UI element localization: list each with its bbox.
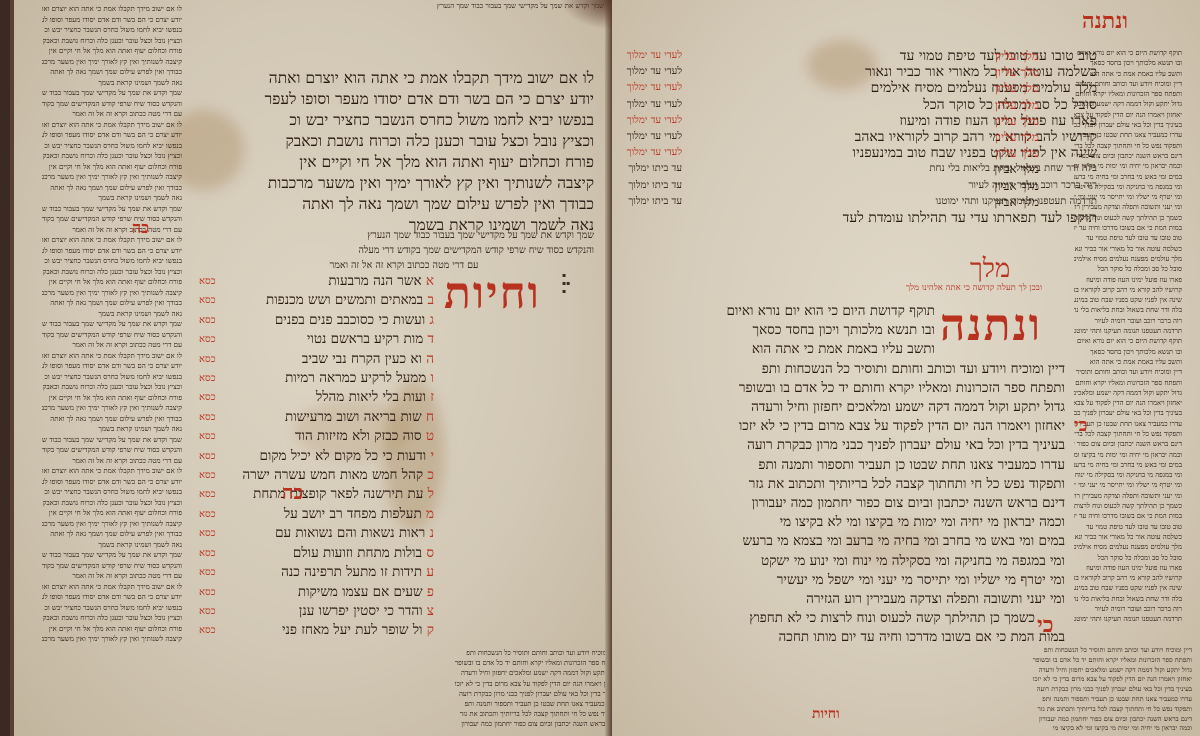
commentary-line: והנקדש כסוד שיח שרפי קודש המקדישים שמך ב…: [42, 561, 182, 572]
footer-line: דינם בראש השנה יכתבון וביום צום כפור יחת…: [622, 715, 1192, 725]
commentary-line: ותפקוד נפש כל חי ותחתוך קצבה לכל בריותיך…: [1074, 141, 1182, 151]
body-line: בעיניך בדין וכל באי עולם יעברון לפניך כב…: [620, 436, 1065, 455]
footer-commentary: דיין ומוכיח ויודע ועד וכותב וחותם ותוסיר…: [59, 648, 614, 730]
refrain-word: כסא: [199, 447, 239, 466]
body-line: גדול יתקע וקול דממה דקה ישמע ומלאכים יחפ…: [620, 398, 1065, 417]
footer-heading: וחיות: [812, 706, 840, 723]
litany-line: במאתים ותמשים ושש מכנפות: [266, 292, 423, 308]
body-line: ותפתח ספר הזכרונות ומאליו יקרא וחותם יד …: [620, 379, 1065, 398]
commentary-line: נאה לשמך ושמינו קראת בשמך: [42, 193, 182, 204]
melekh-line: מלך עליון: [969, 80, 1039, 96]
melekh-line: מלך עליון: [969, 48, 1039, 64]
section-marker: כי: [1074, 415, 1088, 436]
commentary-line: והנקדש כסוד שיח שרפי קודש המקדישים שמך ב…: [42, 99, 182, 110]
body-line: ומי במגפה מי בחניקה ומי בסקילה מי ינוח ו…: [620, 552, 1065, 571]
hymn-line: סובל כל סב ומכלה כל סוקר הכל: [742, 97, 1097, 113]
hymn-line: פארו עוז פועל ימינו העוז פודה ומיעוז: [742, 113, 1097, 129]
commentary-line: בעיניך בדין וכל באי עולם יעברון לפניך כב…: [1074, 120, 1182, 130]
commentary-line: והנקדש כסוד שיח שרפי קודש המקדישים שמך ב…: [42, 445, 182, 456]
commentary-line: וכציץ נובל וכצל עובר וכענן כלה וכרוח נוש…: [42, 498, 182, 509]
footer-line: ותפקוד נפש כל חי ותחתוך קצבה לכל בריותיך…: [622, 705, 1192, 715]
commentary-line: וכציץ נובל וכצל עובר וכענן כלה וכרוח נוש…: [42, 151, 182, 162]
commentary-line: לו אם ישוב מידך תקבלו אמת כי אתה הוא יוצ…: [42, 466, 182, 477]
text-line: בנפשו יביא לחמו משול כחרס הנשבר כחציר יב…: [184, 110, 594, 131]
body-line: יאחזון ויאמרו הנה יום הדין לפקוד על צבא …: [620, 417, 1065, 436]
text-line: והנקדש כסוד שיח שרפי קודש המקדישים שמך ב…: [214, 243, 594, 258]
commentary-line: קיצבה לשנותיך ואין קץ לאורך ימיך ואין מש…: [42, 172, 182, 183]
commentary-line: וכציץ נובל וכצל עובר וכענן כלה וכרוח נוש…: [42, 267, 182, 278]
refrain-word: כסא: [199, 544, 239, 563]
footer-line: בעיניך בדין וכל באי עולם יעברון לפניך כב…: [59, 689, 614, 699]
commentary-line: והנקדש כסוד שיח שרפי קודש המקדישים שמך ב…: [42, 330, 182, 341]
commentary-line: בלה ודר שחת בשאול ובחת בליאות בלי נחת: [1074, 305, 1182, 315]
commentary-line: בנפשו יביא לחמו משול כחרס הנשבר כחציר יב…: [42, 372, 182, 383]
footer-line: גדול יתקע וקול דממה דקה ישמע ומלאכים יחפ…: [622, 666, 1192, 676]
commentary-line: ותשב עליו באמת אמת כי אתה הוא: [1074, 357, 1182, 367]
litany-line: ועשות כי כסוכבב פנים בפנים: [275, 312, 425, 328]
footer-line: דינם בראש השנה יכתבון וביום צום כפור יחת…: [59, 719, 614, 729]
commentary-line: פורח וכחלום יעוף ואתה הוא מלך אל חי וקיי…: [42, 508, 182, 519]
refrain-line: לעדי עד ימלוך: [617, 64, 682, 80]
acrostic-letter: ב: [427, 292, 434, 308]
melekh-column: מלך עליון מלך עליון מלך עליון מלך עליון …: [969, 48, 1039, 210]
hymn-line: רוה ברכר רוכב ועובר רומיה לעיור: [742, 178, 1097, 194]
commentary-line: ומי במגפה מי בחניקה ומי בסקילה מי ינוח ו…: [1074, 182, 1182, 192]
commentary-line: כבודך ואין לפרש עילום שמך ושמך נאה לך וא…: [42, 529, 182, 540]
commentary-line: בנפשו יביא לחמו משול כחרס הנשבר כחציר יב…: [42, 25, 182, 36]
commentary-line: תוקף קדושת היום כי הוא יום נורא ואיום: [1074, 48, 1182, 58]
refrain-word: כסא: [199, 272, 239, 291]
footer-line: יאחזון ויאמרו הנה יום הדין לפקוד על צבא …: [59, 679, 614, 689]
commentary-line: שמך וקדש את שמך על מקדישי שמך בעבור כבוד…: [42, 204, 182, 215]
litany-line: סוה כבזק ולא מזיזות הוד: [295, 428, 422, 444]
commentary-line: בנפשו יביא לחמו משול כחרס הנשבר כחציר יב…: [42, 141, 182, 152]
right-page: ונתנה לעדי עד ימלוך לעדי עד ימלוך לעדי ע…: [612, 0, 1200, 736]
litany-line: אשר הנה מרבעות: [328, 273, 421, 289]
refrain-line: עד ביתו ימלוך: [617, 161, 682, 177]
refrain-line: לעדי עד ימלוך: [617, 145, 682, 161]
small-heading: ונתנה: [1082, 8, 1128, 34]
left-page: לו אם ישוב מידך תקבלו אמת כי אתה הוא יוצ…: [10, 0, 614, 736]
litany-line: ראות נשאות והם נשואות עם: [275, 525, 425, 541]
litany-line: בולות מתחת וזועות עולם: [293, 545, 422, 561]
footer-line: וכמה יבראון מי יחיה ומי ימות מי בקיצו ומ…: [622, 724, 1192, 734]
commentary-line: יודע יצרם כי הם בשר ודם אדם יסודו מעפר ו…: [42, 15, 182, 26]
refrain-word: כסא: [199, 466, 239, 485]
commentary-line: פארו עוז פועל ימינו העוז פודה ומיעוז: [1074, 563, 1182, 573]
commentary-line: עם דרי מטה ככתוב וקרא זה אל זה ואמר: [42, 340, 182, 351]
commentary-line: יודע יצרם כי הם בשר ודם אדם יסודו מעפר ו…: [42, 246, 182, 257]
commentary-line: כשלמה עוטה אור כל מאורי אור כביר ונאור: [1074, 532, 1182, 542]
footer-line: ותפתח ספר הזכרונות ומאליו יקרא וחותם יד …: [622, 656, 1192, 666]
commentary-line: בנפשו יביא לחמו משול כחרס הנשבר כחציר יב…: [42, 603, 182, 614]
commentary-line: ומי יעני ותשובה ותפלה וצדקה מעבירין רוע …: [1074, 491, 1182, 501]
commentary-line: בעיניך בדין וכל באי עולם יעברון לפניך כב…: [1074, 408, 1182, 418]
commentary-line: קרושיו להב קורא מי רהב קרוב לקוראיו באהב: [1074, 285, 1182, 295]
text-line: וכציץ נובל וכצל עובר וכענן כלה וכרוח נוש…: [184, 131, 594, 152]
commentary-line: כבודך ואין לפרש עילום שמך ושמך נאה לך וא…: [42, 67, 182, 78]
commentary-line: מלך עולמים מפענח נעלמים מסיח אילמים: [1074, 542, 1182, 552]
rubric-line: ובכן לך תעלה קדושה כי אתה אלהינו מלך: [782, 282, 1042, 293]
commentary-line: כשלמה עוטה אור כל מאורי אור כביר ונאור: [1074, 244, 1182, 254]
commentary-line: ומי במגפה מי בחניקה ומי בסקילה מי ינוח ו…: [1074, 470, 1182, 480]
commentary-line: דיין ומוכיח ויודע ועד וכותב וחותם ותוסיר…: [1074, 79, 1182, 89]
commentary-line: קיצבה לשנותיך ואין קץ לאורך ימיך ואין מש…: [42, 519, 182, 530]
acrostic-letter: מ: [426, 506, 434, 522]
body-line: דיין ומוכיח ויודע ועד וכותב וחותם ותוסיר…: [620, 360, 1065, 379]
litany-line: ודעות כי כל מקום לא יכיל מקום: [259, 448, 426, 464]
footer-line: עדרו כמעביר צאנו תחת שבטו כן תעביר ותספו…: [59, 699, 614, 709]
commentary-line: ובו תנשא מלכותך ויכון בחסד כסאך: [1074, 58, 1182, 68]
unetaneh-tokef-text: תוקף קדושת היום כי הוא יום נורא ואיום וב…: [620, 302, 1065, 648]
commentary-line: וכציץ נובל וכצל עובר וכענן כלה וכרוח נוש…: [42, 382, 182, 393]
commentary-line: ותפתח ספר הזכרונות ומאליו יקרא וחותם יד …: [1074, 378, 1182, 388]
melekh-line: מלך עליון: [969, 97, 1039, 113]
commentary-line: תוקף קדושת היום כי הוא יום נורא ואיום: [1074, 336, 1182, 346]
refrain-column: כסא כסא כסא כסא כסא כסא כסא כסא כסא כסא …: [199, 272, 239, 641]
commentary-line: ומי יטרף מי ישליו ומי יתייסר מי יעני ומי…: [1074, 480, 1182, 490]
left-commentary-column: לו אם ישוב מידך תקבלו אמת כי אתה הוא יוצ…: [42, 4, 182, 645]
small-text-block: שמך וקדש את שמך על מקדישי שמך בעבור כבוד…: [214, 228, 594, 273]
melekh-line: מלך עליון: [969, 113, 1039, 129]
commentary-line: גדול יתקע וקול דממה דקה ישמע ומלאכים יחפ…: [1074, 388, 1182, 398]
commentary-line: במים ומי באש מי בחרב ומי בחיה מי ברעב ומ…: [1074, 172, 1182, 182]
text-line: כבודך ואין לפרש עילום שמך ושמך נאה לך וא…: [184, 194, 594, 215]
hymn-line: מלך עולמים מפענח נעלמים מסיח אילמים: [742, 80, 1097, 96]
commentary-line: במות המת כי אם בשובו מדרכו וחיה עד יום מ…: [1074, 223, 1182, 233]
commentary-line: תרדמה תעטפנו תנומה תעיקנו ותהי ימוטנו: [1074, 326, 1182, 336]
commentary-line: לו אם ישוב מידך תקבלו אמת כי אתה הוא יוצ…: [42, 235, 182, 246]
commentary-line: מלך עולמים מפענח נעלמים מסיח אילמים: [1074, 254, 1182, 264]
commentary-line: עם דרי מטה ככתוב וקרא זה אל זה ואמר: [42, 571, 182, 582]
illuminated-heading: וחיות: [444, 268, 541, 319]
commentary-line: פורח וכחלום יעוף ואתה הוא מלך אל חי וקיי…: [42, 624, 182, 635]
body-line: ומי יעני ותשובה ותפלה וצדקה מעבירין רוע …: [620, 590, 1065, 609]
body-line: תוקף קדושת היום כי הוא יום נורא ואיום: [620, 302, 1065, 321]
hymn-line: טוב טובו עד טובו לעד טיפת טמוי עד: [742, 48, 1097, 64]
refrain-word: כסא: [199, 621, 239, 640]
acrostic-letter: ל: [428, 486, 434, 502]
commentary-line: נאה לשמך ושמינו קראת בשמך: [42, 309, 182, 320]
refrain-line: לעדי עד ימלוך: [617, 80, 682, 96]
commentary-line: פארו עוז פועל ימינו העוז פודה ומיעוז: [1074, 275, 1182, 285]
refrain-line: לעדי עד ימלוך: [617, 97, 682, 113]
body-line: דינם בראש השנה יכתבון וביום צום כפור יחת…: [620, 494, 1065, 513]
refrain-line: עד ביתו ימלוך: [617, 194, 682, 210]
refrain-line: לעדי עד ימלוך: [617, 129, 682, 145]
litany-line: ממעל לרקיע כמראה רמיות: [285, 370, 426, 386]
litany-line: תעלפות מפחד רב יושב על: [284, 506, 422, 522]
top-line: שמך וקדש את שמך על מקדישי שמך בעבור כבוד…: [164, 2, 604, 11]
commentary-line: דינם בראש השנה יכתבון וביום צום כפור יחת…: [1074, 151, 1182, 161]
commentary-line: פורח וכחלום יעוף ואתה הוא מלך אל חי וקיי…: [42, 277, 182, 288]
commentary-line: וכציץ נובל וכצל עובר וכענן כלה וכרוח נוש…: [42, 36, 182, 47]
hymn-line: תרדמה תעטפנו תנומה תעיקנו ותהי ימוטנו: [742, 194, 1097, 210]
melekh-line: מלך עליון: [969, 64, 1039, 80]
commentary-line: טוב טובו עד טובו לעד טיפת טמוי עד: [1074, 233, 1182, 243]
litany-line: שעים אם עצמו משיקות: [298, 584, 423, 600]
body-line: ובו תנשא מלכותך ויכון בחסד כסאך: [620, 321, 1065, 340]
commentary-line: עם דרי מטה ככתוב וקרא זה אל זה ואמר: [42, 109, 182, 120]
commentary-line: ומי יעני ותשובה ותפלה וצדקה מעבירין רוע …: [1074, 202, 1182, 212]
commentary-line: ותפתח ספר הזכרונות ומאליו יקרא וחותם יד …: [1074, 89, 1182, 99]
commentary-line: נאה לשמך ושמינו קראת בשמך: [42, 424, 182, 435]
commentary-line: שמך וקדש את שמך על מקדישי שמך בעבור כבוד…: [42, 88, 182, 99]
litany-line: תידות זו מתעל תרפינה כנה: [281, 564, 422, 580]
body-line: וכמה יבראון מי יחיה ומי ימות מי בקיצו ומ…: [620, 513, 1065, 532]
commentary-line: קיצבה לשנותיך ואין קץ לאורך ימיך ואין מש…: [42, 57, 182, 68]
commentary-line: ותשב עליו באמת אמת כי אתה הוא: [1074, 69, 1182, 79]
acrostic-letter: ח: [426, 409, 434, 425]
commentary-line: לו אם ישוב מידך תקבלו אמת כי אתה הוא יוצ…: [42, 120, 182, 131]
refrain-word: כסא: [199, 583, 239, 602]
refrain-line: עד ביתו ימלוך: [617, 178, 682, 194]
commentary-line: יאחזון ויאמרו הנה יום הדין לפקוד על צבא …: [1074, 398, 1182, 408]
commentary-line: קרושיו להב קורא מי רהב קרוב לקוראיו באהב: [1074, 573, 1182, 583]
acrostic-letter: י: [430, 448, 434, 464]
acrostic-letter: ו: [431, 370, 434, 386]
melekh-heading: מלך: [970, 254, 1010, 284]
commentary-line: בנפשו יביא לחמו משול כחרס הנשבר כחציר יב…: [42, 256, 182, 267]
commentary-line: סובל כל סב ומכלה כל סוקר הכל: [1074, 264, 1182, 274]
melekh-line: מלך עליון: [969, 145, 1039, 161]
commentary-line: לו אם ישוב מידך תקבלו אמת כי אתה הוא יוצ…: [42, 4, 182, 15]
commentary-line: רוה ברכר רוכב ועובר רומיה לעיור: [1074, 604, 1182, 614]
acrostic-letter: א: [426, 273, 434, 289]
body-line: במים ומי באש מי בחרב ומי בחיה מי ברעב ומ…: [620, 532, 1065, 551]
footer-line: דיין ומוכיח ויודע ועד וכותב וחותם ותוסיר…: [59, 648, 614, 658]
commentary-line: עדרו כמעביר צאנו תחת שבטו כן תעביר ותספו…: [1074, 419, 1182, 429]
commentary-line: כבודך ואין לפרש עילום שמך ושמך נאה לך וא…: [42, 298, 182, 309]
ki-heading: כי: [1037, 612, 1054, 638]
footer-line: ותפתח ספר הזכרונות ומאליו יקרא וחותם יד …: [59, 658, 614, 668]
litany-line: שות בריאה ושוב מרעישות: [285, 409, 422, 425]
footer-line: עדרו כמעביר צאנו תחת שבטו כן תעביר ותספו…: [622, 695, 1192, 705]
acrostic-letter: פ: [427, 584, 434, 600]
commentary-line: יודע יצרם כי הם בשר ודם אדם יסודו מעפר ו…: [42, 130, 182, 141]
top-line-text: שמך וקדש את שמך על מקדישי שמך בעבור כבוד…: [164, 2, 604, 11]
hymn-line: תוקפו לעד תפארתו עדי עד תהילתו עומדת לעד: [742, 210, 1097, 226]
commentary-line: פורח וכחלום יעוף ואתה הוא מלך אל חי וקיי…: [42, 162, 182, 173]
commentary-line: טוב טובו עד טובו לעד טיפת טמוי עד: [1074, 522, 1182, 532]
acrostic-letter: ד: [428, 331, 435, 347]
commentary-line: בלה ודר שחת בשאול ובחת בליאות בלי נחת: [1074, 594, 1182, 604]
commentary-line: שמך וקדש את שמך על מקדישי שמך בעבור כבוד…: [42, 550, 182, 561]
acrostic-letter: ע: [426, 564, 434, 580]
commentary-line: נאה לשמך ושמינו קראת בשמך: [42, 78, 182, 89]
footer-line: גדול יתקע וקול דממה דקה ישמע ומלאכים יחפ…: [59, 668, 614, 678]
refrain-word: כסא: [199, 563, 239, 582]
commentary-line: תרדמה תעטפנו תנומה תעיקנו ותהי ימוטנו: [1074, 614, 1182, 624]
commentary-line: נאה לשמך ושמינו קראת בשמך: [42, 540, 182, 551]
main-text-block: לו אם ישוב מידך תקבלו אמת כי אתה הוא יוצ…: [184, 68, 594, 236]
body-line: ותשב עליו באמת אמת כי אתה הוא: [620, 340, 1065, 359]
hymn-line: בלה ודר שחת בשאול ובחת בליאות בלי נחת: [742, 161, 1097, 177]
commentary-line: וכמה יבראון מי יחיה ומי ימות מי בקיצו ומ…: [1074, 161, 1182, 171]
commentary-line: שינה אין לפניו שקט בפניו שבח טוב במינעפנ…: [1074, 583, 1182, 593]
footer-line: בעיניך בדין וכל באי עולם יעברון לפניך כב…: [622, 685, 1192, 695]
commentary-line: וכציץ נובל וכצל עובר וכענן כלה וכרוח נוש…: [42, 613, 182, 624]
body-line: ומי יטרף מי ישליו ומי יתייסר מי יעני ומי…: [620, 571, 1065, 590]
commentary-line: קיצבה לשנותיך ואין קץ לאורך ימיך ואין מש…: [42, 288, 182, 299]
text-line: שמך וקדש את שמך על מקדישי שמך בעבור כבוד…: [214, 228, 594, 243]
commentary-line: בנפשו יביא לחמו משול כחרס הנשבר כחציר יב…: [42, 487, 182, 498]
litany-line: מות רקיע בראשם נטוי: [307, 331, 423, 347]
commentary-line: לו אם ישוב מידך תקבלו אמת כי אתה הוא יוצ…: [42, 582, 182, 593]
commentary-line: במים ומי באש מי בחרב ומי בחיה מי ברעב ומ…: [1074, 460, 1182, 470]
manuscript-photo: לו אם ישוב מידך תקבלו אמת כי אתה הוא יוצ…: [0, 0, 1200, 736]
commentary-line: כשמך כן תהילתך קשה לכעוס ונוח לרצות כי ל…: [1074, 501, 1182, 511]
litany-line: קהל חמש מאות חמש עשרה ישרה: [242, 467, 423, 483]
commentary-line: יודע יצרם כי הם בשר ודם אדם יסודו מעפר ו…: [42, 477, 182, 488]
refrain-word: כסא: [199, 291, 239, 310]
litany-line: ול שופר לעת יעל מאחז פני: [282, 622, 422, 638]
refrain-column: לעדי עד ימלוך לעדי עד ימלוך לעדי עד ימלו…: [617, 48, 682, 210]
commentary-line: עם דרי מטה ככתוב וקרא זה אל זה ואמר: [42, 225, 182, 236]
acrostic-letter: ז: [430, 389, 434, 405]
text-line: לו אם ישוב מידך תקבלו אמת כי אתה הוא יוצ…: [184, 68, 594, 89]
acrostic-letter: ק: [427, 622, 434, 638]
commentary-line: כבודך ואין לפרש עילום שמך ושמך נאה לך וא…: [42, 414, 182, 425]
commentary-line: דינם בראש השנה יכתבון וביום צום כפור יחת…: [1074, 439, 1182, 449]
commentary-line: כבודך ואין לפרש עילום שמך ושמך נאה לך וא…: [42, 183, 182, 194]
footer-line: דיין ומוכיח ויודע ועד וכותב וחותם ותוסיר…: [622, 646, 1192, 656]
text-line: קיצבה לשנותיך ואין קץ לאורך ימיך ואין מש…: [184, 173, 594, 194]
acrostic-letter: נ: [430, 525, 434, 541]
footer-commentary: דיין ומוכיח ויודע ועד וכותב וחותם ותוסיר…: [622, 646, 1192, 734]
commentary-line: יודע יצרם כי הם בשר ודם אדם יסודו מעפר ו…: [42, 592, 182, 603]
refrain-word: כסא: [199, 408, 239, 427]
acrostic-letter: כ: [427, 467, 434, 483]
commentary-line: קיצבה לשנותיך ואין קץ לאורך ימיך ואין מש…: [42, 634, 182, 645]
litany-line: ועות בלי ליאות מהלל: [316, 389, 426, 405]
acrostic-letter: ט: [426, 428, 434, 444]
commentary-line: קיצבה לשנותיך ואין קץ לאורך ימיך ואין מש…: [42, 403, 182, 414]
refrain-word: כסא: [199, 330, 239, 349]
refrain-word: כסא: [199, 369, 239, 388]
commentary-line: יודע יצרם כי הם בשר ודם אדם יסודו מעפר ו…: [42, 361, 182, 372]
refrain-word: כסא: [199, 388, 239, 407]
commentary-line: כשמך כן תהילתך קשה לכעוס ונוח לרצות כי ל…: [1074, 213, 1182, 223]
commentary-line: גדול יתקע וקול דממה דקה ישמע ומלאכים יחפ…: [1074, 99, 1182, 109]
hymn-line: שינה אין לפניו שקט בפניו שבח טוב במינעפנ…: [742, 145, 1097, 161]
commentary-line: רוה ברכר רוכב ועובר רומיה לעיור: [1074, 316, 1182, 326]
commentary-line: עם דרי מטה ככתוב וקרא זה אל זה ואמר: [42, 456, 182, 467]
refrain-line: לעדי עד ימלוך: [617, 48, 682, 64]
commentary-line: ובו תנשא מלכותך ויכון בחסד כסאך: [1074, 347, 1182, 357]
section-marker: כה: [132, 218, 149, 238]
body-line: ותפקוד נפש כל חי ותחתוך קצבה לכל בריותיך…: [620, 475, 1065, 494]
refrain-word: כסא: [199, 311, 239, 330]
commentary-line: פורח וכחלום יעוף ואתה הוא מלך אל חי וקיי…: [42, 393, 182, 404]
commentary-line: עדרו כמעביר צאנו תחת שבטו כן תעביר ותספו…: [1074, 130, 1182, 140]
acrostic-letter: צ: [427, 603, 434, 619]
commentary-line: שינה אין לפניו שקט בפניו שבח טוב במינעפנ…: [1074, 295, 1182, 305]
refrain-line: לעדי עד ימלוך: [617, 113, 682, 129]
right-commentary-column: תוקף קדושת היום כי הוא יום נורא ואיום וב…: [1074, 48, 1182, 625]
litany-line: עת תירשנה לפאר קופצות מתחת: [253, 486, 423, 502]
body-line: עדרו כמעביר צאנו תחת שבטו כן תעביר ותספו…: [620, 456, 1065, 475]
section-marker: כה: [282, 480, 303, 505]
litany-line: וא כעין הקרח נבי שביב: [302, 351, 422, 367]
acrostic-letter: ה: [426, 351, 434, 367]
commentary-line: פורח וכחלום יעוף ואתה הוא מלך אל חי וקיי…: [42, 46, 182, 57]
commentary-line: שמך וקדש את שמך על מקדישי שמך בעבור כבוד…: [42, 319, 182, 330]
margin-note: ▪▪▪▪: [562, 272, 570, 296]
refrain-word: כסא: [199, 427, 239, 446]
commentary-line: ומי יטרף מי ישליו ומי יתייסר מי יעני ומי…: [1074, 192, 1182, 202]
text-line: יודע יצרם כי הם בשר ודם אדם יסודו מעפר ו…: [184, 89, 594, 110]
text-line: פורח וכחלום יעוף ואתה הוא מלך אל חי וקיי…: [184, 152, 594, 173]
commentary-line: ותפקוד נפש כל חי ותחתוך קצבה לכל בריותיך…: [1074, 429, 1182, 439]
commentary-line: וכמה יבראון מי יחיה ומי ימות מי בקיצו ומ…: [1074, 450, 1182, 460]
commentary-line: שמך וקדש את שמך על מקדישי שמך בעבור כבוד…: [42, 435, 182, 446]
melekh-line: מלך עליון: [969, 129, 1039, 145]
hymn-line: כשלמה עוטה אור כל מאורי אור כביר ונאור: [742, 64, 1097, 80]
commentary-line: במות המת כי אם בשובו מדרכו וחיה עד יום מ…: [1074, 511, 1182, 521]
melekh-line: מלך אביון: [969, 161, 1039, 177]
melekh-line: מלך אביון: [969, 194, 1039, 210]
melekh-line: מלך אביון: [969, 178, 1039, 194]
hymn-text: טוב טובו עד טובו לעד טיפת טמוי עד כשלמה …: [742, 48, 1097, 226]
refrain-word: כסא: [199, 350, 239, 369]
hymn-line: קרושיו להב קורא מי רהב קרוב לקוראיו באהב: [742, 129, 1097, 145]
acrostic-letter: ג: [430, 312, 434, 328]
commentary-line: לו אם ישוב מידך תקבלו אמת כי אתה הוא יוצ…: [42, 351, 182, 362]
body-line: כשמך כן תהילתך קשה לכעוס ונוח לרצות כי ל…: [620, 609, 1065, 628]
acrostic-letter: ס: [426, 545, 434, 561]
litany-line: והדר כי יסטין יפרשו ענן: [299, 603, 423, 619]
refrain-word: כסא: [199, 602, 239, 621]
footer-line: יאחזון ויאמרו הנה יום הדין לפקוד על צבא …: [622, 675, 1192, 685]
body-line: במות המת כי אם בשובו מדרכו וחיה עד יום מ…: [620, 628, 1065, 647]
commentary-line: סובל כל סב ומכלה כל סוקר הכל: [1074, 553, 1182, 563]
commentary-line: יאחזון ויאמרו הנה יום הדין לפקוד על צבא …: [1074, 110, 1182, 120]
refrain-word: כסא: [199, 505, 239, 524]
refrain-word: כסא: [199, 485, 239, 504]
commentary-line: והנקדש כסוד שיח שרפי קודש המקדישים שמך ב…: [42, 214, 182, 225]
footer-line: ותפקוד נפש כל חי ותחתוך קצבה לכל בריותיך…: [59, 709, 614, 719]
commentary-line: דיין ומוכיח ויודע ועד וכותב וחותם ותוסיר…: [1074, 367, 1182, 377]
refrain-word: כסא: [199, 524, 239, 543]
